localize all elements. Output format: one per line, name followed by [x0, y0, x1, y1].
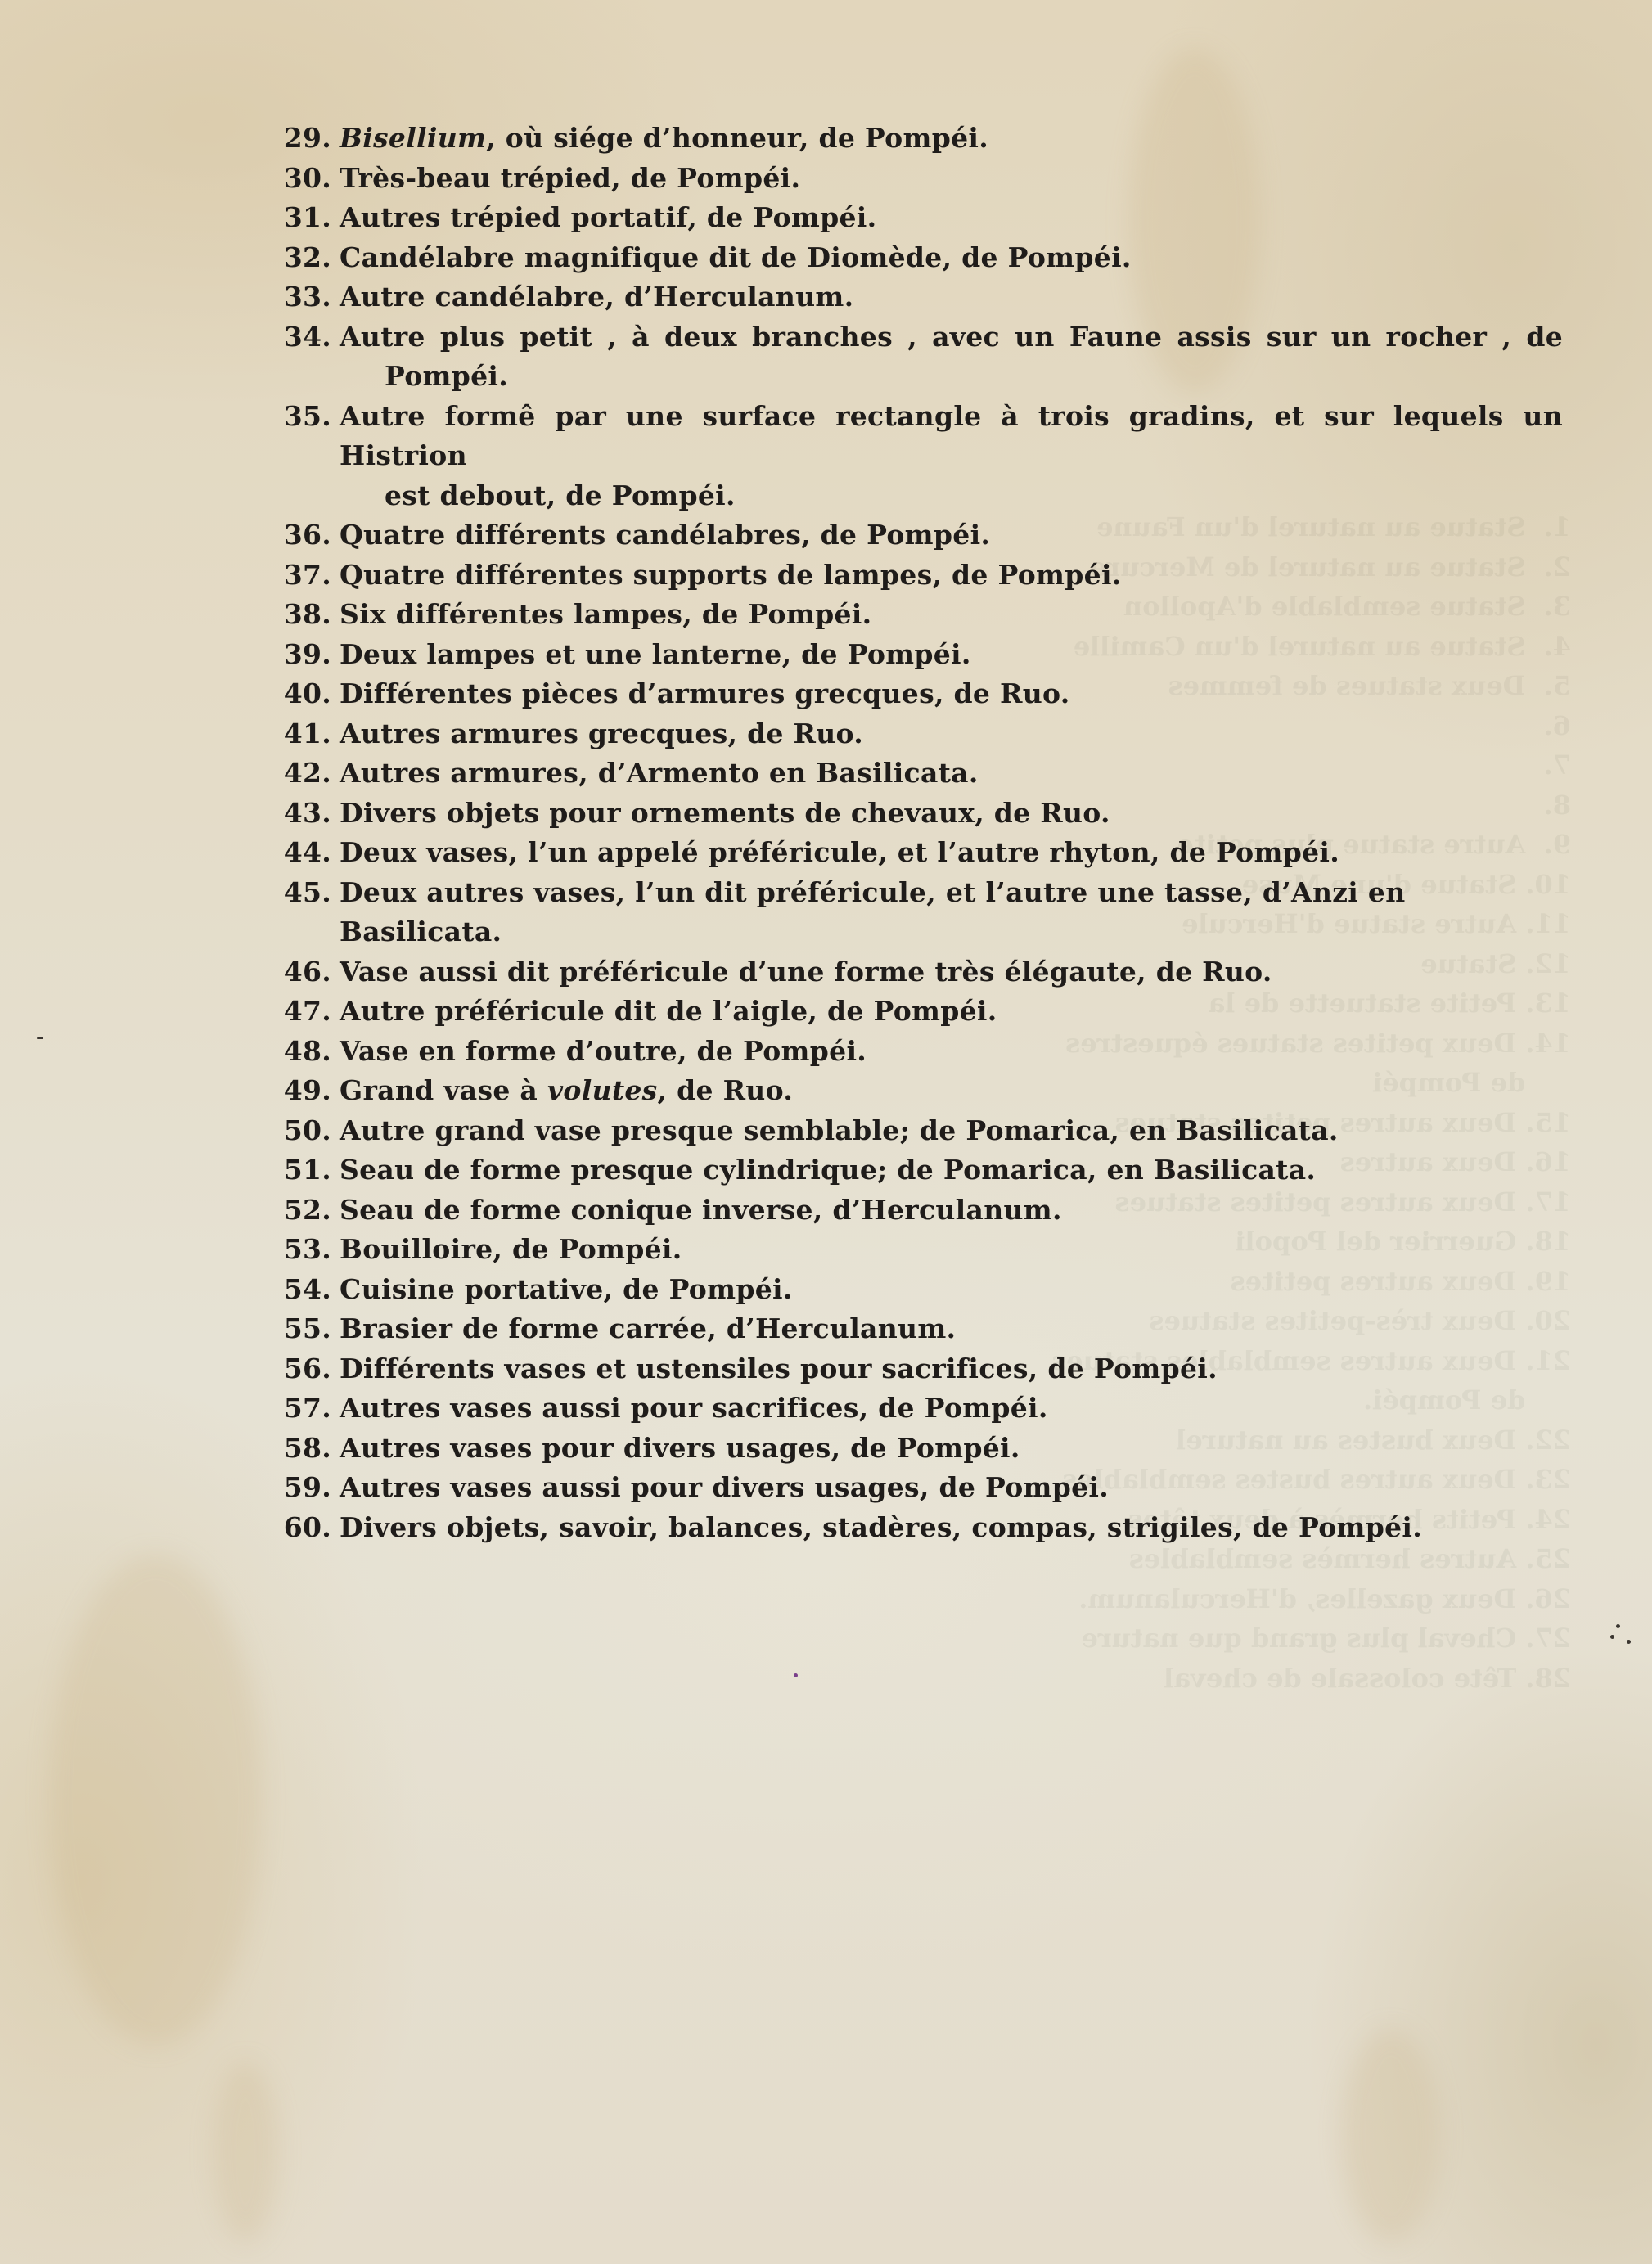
entry-text: Bisellium, où siége d’honneur, de Pompéi… [340, 119, 1567, 159]
paper-stain [1342, 2029, 1440, 2242]
entry-text: Grand vase à volutes, de Ruo. [340, 1071, 1567, 1111]
entry-number: 38. [241, 595, 331, 635]
entry-number: 60. [241, 1508, 331, 1548]
entry-text: Autre grand vase presque semblable; de P… [340, 1111, 1567, 1151]
entry-number: 54. [241, 1270, 331, 1310]
list-item: 51. Seau de forme presque cylindrique; d… [0, 1150, 1652, 1191]
list-item: 47. Autre préféricule dit de l’aigle, de… [0, 992, 1652, 1032]
entry-number: 48. [241, 1032, 331, 1072]
entry-number: 31. [241, 198, 331, 238]
entry-number: 51. [241, 1150, 331, 1191]
catalogue-list: 29. Bisellium, où siége d’honneur, de Po… [0, 119, 1652, 1547]
list-item: 36. Quatre différents candélabres, de Po… [0, 515, 1652, 556]
list-item: 57. Autres vases aussi pour sacrifices, … [0, 1389, 1652, 1429]
entry-text: Autre plus petit , à deux branches , ave… [340, 317, 1563, 358]
entry-number: 50. [241, 1111, 331, 1151]
list-item: 53. Bouilloire, de Pompéi. [0, 1230, 1652, 1270]
list-item: 40. Différentes pièces d’armures grecque… [0, 674, 1652, 714]
list-item: 42. Autres armures, d’Armento en Basilic… [0, 754, 1652, 794]
entry-text: Autres vases aussi pour sacrifices, de P… [340, 1389, 1567, 1429]
entry-text: Très-beau trépied, de Pompéi. [340, 159, 1567, 199]
entry-number: 35. [241, 397, 331, 437]
entry-text: Autre préféricule dit de l’aigle, de Pom… [340, 992, 1567, 1032]
entry-text: Deux vases, l’un appelé préféricule, et … [340, 833, 1567, 873]
entry-number: 40. [241, 674, 331, 714]
list-item: 52. Seau de forme conique inverse, d’Her… [0, 1191, 1652, 1231]
entry-number: 59. [241, 1468, 331, 1508]
list-item: 60. Divers objets, savoir, balances, sta… [0, 1508, 1652, 1548]
entry-text: Différentes pièces d’armures grecques, d… [340, 674, 1567, 714]
entry-number: 41. [241, 714, 331, 754]
list-item: 32. Candélabre magnifique dit de Diomède… [0, 238, 1652, 278]
list-item: 30. Très-beau trépied, de Pompéi. [0, 159, 1652, 199]
list-item: 46. Vase aussi dit préféricule d’une for… [0, 952, 1652, 992]
list-item: 55. Brasier de forme carrée, d’Herculanu… [0, 1309, 1652, 1349]
list-item: 37. Quatre différentes supports de lampe… [0, 556, 1652, 596]
entry-number: 33. [241, 277, 331, 317]
entry-number: 36. [241, 515, 331, 556]
entry-number: 56. [241, 1349, 331, 1389]
entry-text: Seau de forme conique inverse, d’Hercula… [340, 1191, 1567, 1231]
entry-text: Autres vases aussi pour divers usages, d… [340, 1468, 1567, 1508]
list-item: 49. Grand vase à volutes, de Ruo. [0, 1071, 1652, 1111]
list-item: 38. Six différentes lampes, de Pompéi. [0, 595, 1652, 635]
entry-text: Vase aussi dit préféricule d’une forme t… [340, 952, 1567, 992]
entry-continuation: Pompéi. [385, 357, 1652, 397]
entry-text: Bouilloire, de Pompéi. [340, 1230, 1567, 1270]
entry-italic: volutes [547, 1074, 658, 1106]
entry-text: Seau de forme presque cylindrique; de Po… [340, 1150, 1567, 1191]
entry-number: 34. [241, 317, 331, 358]
entry-text: Brasier de forme carrée, d’Herculanum. [340, 1309, 1567, 1349]
list-item: 43. Divers objets pour ornements de chev… [0, 794, 1652, 834]
entry-text: Deux lampes et une lanterne, de Pompéi. [340, 635, 1567, 675]
entry-number: 58. [241, 1429, 331, 1469]
entry-continuation: est debout, de Pompéi. [385, 476, 1652, 516]
paper-stain [49, 1555, 262, 2046]
entry-number: 52. [241, 1191, 331, 1231]
list-item: 44. Deux vases, l’un appelé préféricule,… [0, 833, 1652, 873]
entry-text: Autres armures, d’Armento en Basilicata. [340, 754, 1567, 794]
list-item: 31. Autres trépied portatif, de Pompéi. [0, 198, 1652, 238]
entry-number: 32. [241, 238, 331, 278]
entry-number: 42. [241, 754, 331, 794]
entry-number: 44. [241, 833, 331, 873]
entry-text: Quatre différentes supports de lampes, d… [340, 556, 1567, 596]
entry-text: Différents vases et ustensiles pour sacr… [340, 1349, 1567, 1389]
entry-number: 30. [241, 159, 331, 199]
entry-number: 43. [241, 794, 331, 834]
entry-text: Quatre différents candélabres, de Pompéi… [340, 515, 1567, 556]
entry-text: Autre candélabre, d’Herculanum. [340, 277, 1567, 317]
list-item: 50. Autre grand vase presque semblable; … [0, 1111, 1652, 1151]
entry-number: 29. [241, 119, 331, 159]
list-item: 33. Autre candélabre, d’Herculanum. [0, 277, 1652, 317]
entry-text: Divers objets pour ornements de chevaux,… [340, 794, 1567, 834]
entry-number: 49. [241, 1071, 331, 1111]
list-item: 29. Bisellium, où siége d’honneur, de Po… [0, 119, 1652, 159]
list-item: 59. Autres vases aussi pour divers usage… [0, 1468, 1652, 1508]
list-item: 54. Cuisine portative, de Pompéi. [0, 1270, 1652, 1310]
entry-text: Deux autres vases, l’un dit préféricule,… [340, 873, 1567, 952]
entry-text: Vase en forme d’outre, de Pompéi. [340, 1032, 1567, 1072]
entry-number: 57. [241, 1389, 331, 1429]
entry-number: 45. [241, 873, 331, 913]
entry-italic: Bisellium [340, 122, 486, 154]
entry-text: Autre formê par une surface rectangle à … [340, 397, 1563, 476]
list-item: 58. Autres vases pour divers usages, de … [0, 1429, 1652, 1469]
list-item: 41. Autres armures grecques, de Ruo. [0, 714, 1652, 754]
list-item: 35. Autre formê par une surface rectangl… [0, 397, 1652, 516]
paper-stain [213, 2062, 278, 2242]
entry-number: 53. [241, 1230, 331, 1270]
list-item: 39. Deux lampes et une lanterne, de Pomp… [0, 635, 1652, 675]
entry-text: Six différentes lampes, de Pompéi. [340, 595, 1567, 635]
entry-number: 39. [241, 635, 331, 675]
list-item: 48. Vase en forme d’outre, de Pompéi. [0, 1032, 1652, 1072]
list-item: 56. Différents vases et ustensiles pour … [0, 1349, 1652, 1389]
entry-number: 55. [241, 1309, 331, 1349]
paper-page: 1. Statue au naturel d'un Faune 2. Statu… [0, 0, 1652, 2264]
entry-number: 37. [241, 556, 331, 596]
entry-text: Cuisine portative, de Pompéi. [340, 1270, 1567, 1310]
entry-number: 47. [241, 992, 331, 1032]
entry-text: Autres vases pour divers usages, de Pomp… [340, 1429, 1567, 1469]
list-item: 34. Autre plus petit , à deux branches ,… [0, 317, 1652, 397]
entry-text: Candélabre magnifique dit de Diomède, de… [340, 238, 1567, 278]
entry-number: 46. [241, 952, 331, 992]
entry-text: Divers objets, savoir, balances, stadère… [340, 1508, 1567, 1548]
entry-text: Autres trépied portatif, de Pompéi. [340, 198, 1567, 238]
entry-text: Autres armures grecques, de Ruo. [340, 714, 1567, 754]
list-item: 45. Deux autres vases, l’un dit préféric… [0, 873, 1652, 952]
